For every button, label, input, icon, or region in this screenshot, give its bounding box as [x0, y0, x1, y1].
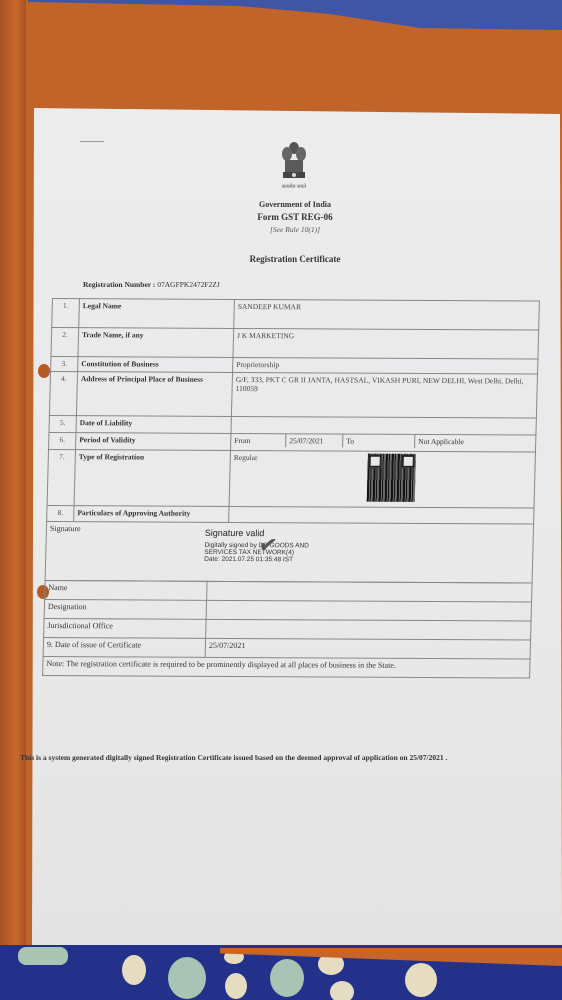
row-label: Legal Name	[79, 299, 235, 329]
table-row: 4. Address of Principal Place of Busines…	[49, 372, 537, 419]
row-label: Particulars of Approving Authority	[74, 506, 229, 523]
validity-from-label: From	[231, 434, 286, 447]
background-cloth-top	[0, 0, 562, 40]
registration-type-cell: Regular	[229, 450, 535, 508]
authority-name-label: Name	[45, 580, 207, 600]
row-number: 8.	[47, 505, 74, 521]
signature-row: Signature Signature valid Digitally sign…	[45, 521, 533, 583]
table-row: 7. Type of Registration Regular	[47, 450, 535, 509]
designation-label: Designation	[44, 599, 206, 619]
row-label: Date of Liability	[76, 416, 231, 434]
table-row: Designation	[44, 599, 531, 621]
system-generated-footer: This is a system generated digitally sig…	[20, 753, 560, 762]
trade-name-value: J K MARKETING	[233, 328, 539, 359]
signature-status: Signature valid	[205, 528, 265, 538]
form-name: Form GST REG-06	[145, 212, 445, 222]
address-value: G/F, 333, PKT C GR II JANTA, HASTSAL, VI…	[231, 372, 537, 418]
signature-label: Signature	[50, 524, 81, 533]
validity-cell: From 25/07/2021 To Not Applicable	[231, 433, 536, 452]
authority-name-value	[207, 581, 532, 602]
table-row: Note: The registration certificate is re…	[43, 656, 530, 678]
folder-edge	[0, 0, 26, 1000]
approving-authority-value	[229, 506, 534, 524]
validity-to-label: To	[343, 435, 415, 448]
row-number: 1.	[52, 299, 80, 328]
row-number: 6.	[49, 433, 76, 450]
registration-number-value: 07AGFPK2472F2ZJ	[157, 280, 220, 289]
registration-type-value: Regular	[234, 453, 258, 462]
constitution-value: Proprietorship	[233, 357, 538, 374]
row-number: 5.	[49, 416, 76, 433]
issue-date-value: 25/07/2021	[205, 638, 530, 659]
table-row: 2. Trade Name, if any J K MARKETING	[51, 328, 539, 360]
certificate-title: Registration Certificate	[145, 254, 445, 264]
row-label: Trade Name, if any	[78, 328, 234, 358]
designation-value	[206, 600, 531, 621]
row-number: 3.	[51, 357, 78, 372]
row-label: Type of Registration	[74, 450, 230, 507]
issuer-text: Government of India	[145, 200, 445, 209]
row-label: Constitution of Business	[78, 357, 233, 373]
validity-to-value: Not Applicable	[415, 435, 536, 449]
certificate-table: 1. Legal Name SANDEEP KUMAR 2. Trade Nam…	[42, 298, 540, 679]
validity-from-value: 25/07/2021	[286, 434, 343, 447]
table-row: 1. Legal Name SANDEEP KUMAR	[52, 299, 540, 331]
row-number: 4.	[49, 372, 77, 416]
table-row: 9. Date of issue of Certificate 25/07/20…	[43, 637, 530, 659]
signature-block: Signature Signature valid Digitally sign…	[46, 522, 533, 583]
row-number: 7.	[47, 450, 75, 506]
emblem-caption: सत्यमेव जयते	[279, 184, 309, 190]
date-of-liability-value	[231, 416, 536, 435]
display-note: Note: The registration certificate is re…	[43, 656, 530, 678]
jurisdictional-office-label: Jurisdictional Office	[44, 618, 206, 638]
row-label: Period of Validity	[76, 433, 231, 451]
legal-name-value: SANDEEP KUMAR	[234, 299, 540, 330]
registration-number-label: Registration Number :	[83, 280, 155, 289]
pencil-mark	[80, 141, 104, 142]
signature-date: Date: 2021.07.25 01:35:48 IST	[204, 556, 309, 564]
table-row: Jurisdictional Office	[44, 618, 531, 640]
table-row: Name	[45, 580, 532, 602]
national-emblem-icon	[281, 140, 307, 184]
qr-code-icon	[366, 454, 415, 502]
row-label: Address of Principal Place of Business	[76, 372, 232, 417]
punch-hole	[38, 364, 50, 378]
issue-date-label: 9. Date of issue of Certificate	[43, 637, 205, 657]
row-number: 2.	[51, 328, 79, 357]
registration-number: Registration Number : 07AGFPK2472F2ZJ	[83, 280, 220, 289]
rule-reference: [See Rule 10(1)]	[145, 225, 445, 234]
jurisdictional-office-value	[206, 619, 531, 640]
